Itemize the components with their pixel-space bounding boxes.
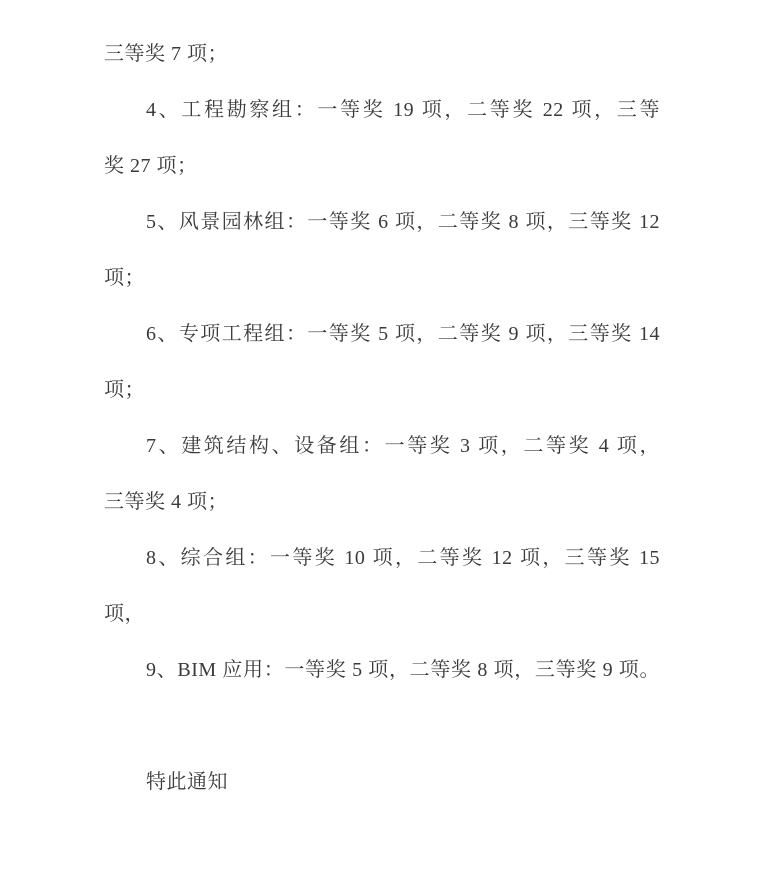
text-line <box>104 698 660 754</box>
text-line: 三等奖 4 项； <box>104 474 660 530</box>
text-line: 6、专项工程组：一等奖 5 项，二等奖 9 项，三等奖 14 <box>104 306 660 362</box>
text-line: 项， <box>104 586 660 642</box>
text-line: 项； <box>104 250 660 306</box>
text-line: 7、建筑结构、设备组：一等奖 3 项，二等奖 4 项， <box>104 418 660 474</box>
text-line: 项； <box>104 362 660 418</box>
text-line: 8、综合组：一等奖 10 项，二等奖 12 项，三等奖 15 <box>104 530 660 586</box>
text-line: 5、风景园林组：一等奖 6 项，二等奖 8 项，三等奖 12 <box>104 194 660 250</box>
document-page: 三等奖 7 项；4、工程勘察组：一等奖 19 项，二等奖 22 项，三等奖 27… <box>0 0 764 870</box>
text-line: 特此通知 <box>104 754 660 810</box>
text-line: 4、工程勘察组：一等奖 19 项，二等奖 22 项，三等 <box>104 82 660 138</box>
text-line: 奖 27 项； <box>104 138 660 194</box>
text-line: 三等奖 7 项； <box>104 26 660 82</box>
document-body: 三等奖 7 项；4、工程勘察组：一等奖 19 项，二等奖 22 项，三等奖 27… <box>0 0 764 810</box>
text-line: 9、BIM 应用：一等奖 5 项，二等奖 8 项，三等奖 9 项。 <box>104 642 660 698</box>
